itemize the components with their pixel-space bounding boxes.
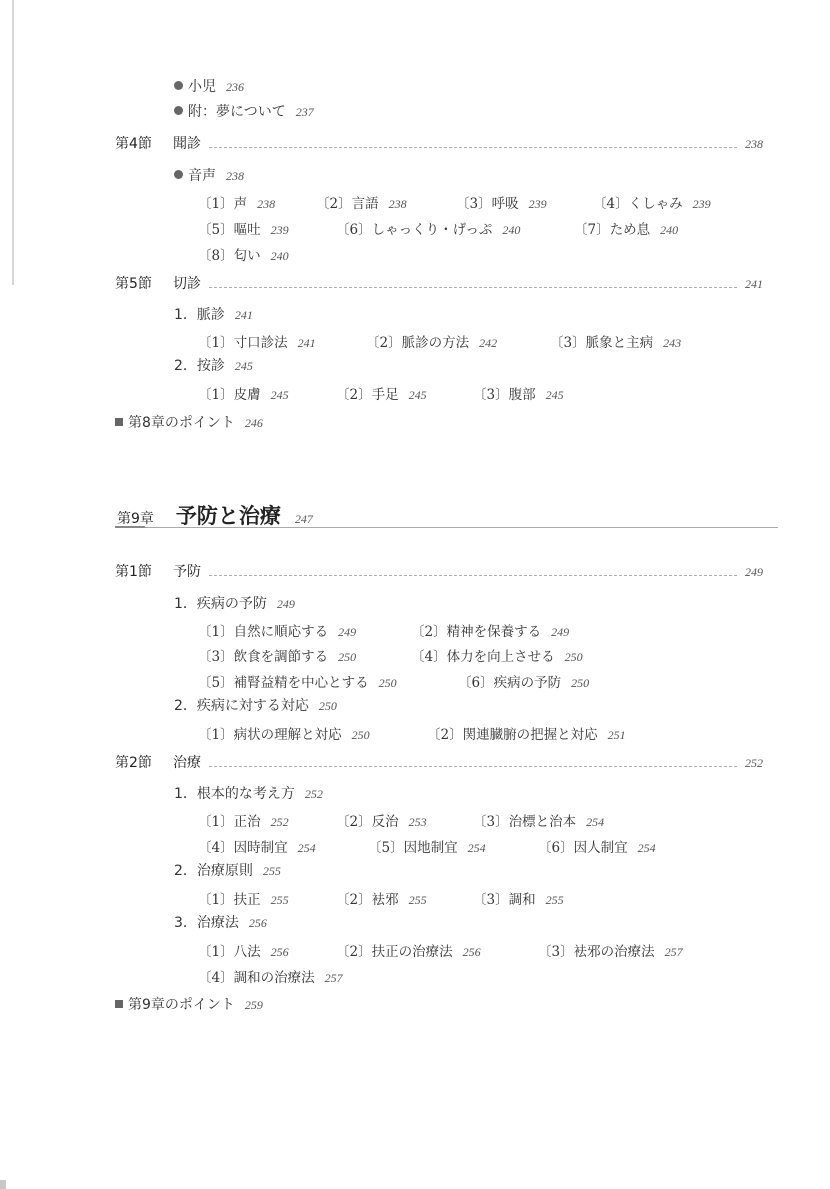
toc-item[interactable]: 〔4〕因時制宜254 (198, 836, 316, 856)
page-number: 250 (571, 676, 589, 690)
page-number: 238 (257, 197, 275, 211)
toc-item[interactable]: 〔6〕しゃっくり・げっぷ240 (336, 218, 520, 238)
page-number: 249 (338, 625, 356, 639)
entry-label: 〔5〕補腎益精を中心とする (198, 675, 369, 691)
entry-label: 〔1〕病状の理解と対応 (198, 727, 342, 743)
page-number: 246 (245, 416, 263, 430)
page-number: 245 (409, 388, 427, 402)
chapter-9-point[interactable]: 第9章のポイント259 (115, 996, 263, 1014)
toc-item[interactable]: 〔6〕疾病の予防250 (458, 671, 589, 691)
entry-label: 〔2〕精神を保養する (411, 624, 541, 640)
page-number: 249 (277, 597, 295, 611)
page-number: 254 (468, 841, 486, 855)
entry-label: 〔1〕寸口診法 (198, 335, 288, 351)
entry-label: 〔2〕袪邪 (336, 892, 399, 908)
entry-label: 〔4〕体力を向上させる (411, 649, 555, 665)
entry-label: 2．按診 (174, 358, 225, 374)
entry-label: 〔2〕手足 (336, 387, 399, 403)
toc-subsection[interactable]: 2．按診245 (174, 357, 253, 375)
page-number: 255 (263, 864, 281, 878)
section-title: 切診 (173, 275, 201, 293)
entry-label: 1．疾病の予防 (174, 596, 267, 612)
page-number: 247 (295, 512, 313, 526)
entry-label: 3．治療法 (174, 915, 239, 931)
page-number: 239 (693, 197, 711, 211)
entry-label: 〔3〕呼吸 (456, 196, 519, 212)
page-number: 253 (409, 815, 427, 829)
page-number: 239 (271, 223, 289, 237)
toc-item[interactable]: 〔5〕因地制宜254 (368, 836, 486, 856)
section-number: 第5節 (115, 275, 173, 293)
page-number: 238 (226, 169, 244, 183)
page-number: 256 (271, 945, 289, 959)
toc-subsection[interactable]: 2．疾病に対する対応250 (174, 697, 337, 715)
toc-item[interactable]: 〔7〕ため息240 (574, 218, 678, 238)
toc-item[interactable]: 〔2〕袪邪255 (336, 888, 427, 908)
toc-item[interactable]: 〔3〕呼吸239 (456, 192, 547, 212)
entry-label: 〔2〕関連臓腑の把握と対応 (427, 727, 598, 743)
section-5-heading[interactable]: 第5節 切診 241 (115, 275, 763, 293)
entry-label: 〔6〕因人制宜 (538, 840, 628, 856)
entry-label: 〔1〕扶正 (198, 892, 261, 908)
entry-label: 小児 (188, 79, 216, 95)
entry-label: 附：夢について (188, 104, 286, 120)
page-number: 238 (389, 197, 407, 211)
page-edge-line (12, 0, 14, 285)
toc-item[interactable]: 〔1〕皮膚245 (198, 383, 289, 403)
toc-item[interactable]: 〔1〕声238 (198, 192, 275, 212)
toc-item[interactable]: 〔1〕八法256 (198, 940, 289, 960)
toc-item[interactable]: 〔6〕因人制宜254 (538, 836, 656, 856)
page-edge-mark (0, 1180, 6, 1189)
toc-entry-dream[interactable]: 附：夢について237 (174, 103, 314, 121)
page-number: 257 (325, 971, 343, 985)
toc-subsection[interactable]: 1．脈診241 (174, 306, 253, 324)
page-number: 245 (546, 388, 564, 402)
entry-label: 2．治療原則 (174, 863, 253, 879)
section-number: 第1節 (115, 563, 173, 581)
toc-item[interactable]: 〔4〕調和の治療法257 (198, 966, 343, 986)
section-1-heading[interactable]: 第1節 予防 249 (115, 563, 763, 581)
toc-item[interactable]: 〔3〕袪邪の治療法257 (538, 940, 683, 960)
page-number: 243 (663, 336, 681, 350)
chapter-8-point[interactable]: 第8章のポイント246 (115, 414, 263, 432)
page-number: 250 (319, 699, 337, 713)
entry-label: 〔8〕匂い (198, 248, 261, 264)
page-number: 250 (379, 676, 397, 690)
section-number: 第4節 (115, 135, 173, 153)
square-bullet-icon (115, 1000, 123, 1008)
page-number: 238 (745, 135, 763, 153)
entry-label: 〔3〕脈象と主病 (550, 335, 653, 351)
square-bullet-icon (115, 418, 123, 426)
page-number: 250 (565, 650, 583, 664)
bullet-icon (174, 106, 183, 115)
page-number: 255 (409, 893, 427, 907)
toc-item[interactable]: 〔1〕扶正255 (198, 888, 289, 908)
section-title: 聞診 (173, 135, 201, 153)
toc-subsection[interactable]: 1．疾病の予防249 (174, 595, 295, 613)
entry-label: 〔5〕因地制宜 (368, 840, 458, 856)
entry-label: 2．疾病に対する対応 (174, 698, 309, 714)
entry-label: 〔6〕疾病の予防 (458, 675, 561, 691)
entry-label: 〔3〕飲食を調節する (198, 649, 328, 665)
toc-item[interactable]: 〔2〕言語238 (316, 192, 407, 212)
entry-label: 〔1〕自然に順応する (198, 624, 328, 640)
entry-label: 〔2〕言語 (316, 196, 379, 212)
entry-label: 〔3〕腹部 (473, 387, 536, 403)
page-number: 249 (551, 625, 569, 639)
entry-label: 〔1〕皮膚 (198, 387, 261, 403)
bullet-icon (174, 81, 183, 90)
dotted-leader (209, 754, 737, 767)
toc-item[interactable]: 〔1〕寸口診法241 (198, 331, 316, 351)
entry-label: 1．根本的な考え方 (174, 786, 295, 802)
entry-label: 〔2〕脈診の方法 (366, 335, 469, 351)
toc-item[interactable]: 〔2〕手足245 (336, 383, 427, 403)
section-title: 治療 (173, 754, 201, 772)
toc-item[interactable]: 〔8〕匂い240 (198, 244, 289, 264)
page-number: 241 (235, 308, 253, 322)
bullet-icon (174, 170, 183, 179)
toc-entry-voice[interactable]: 音声238 (174, 167, 244, 185)
toc-item[interactable]: 〔5〕嘔吐239 (198, 218, 289, 238)
section-2-heading[interactable]: 第2節 治療 252 (115, 754, 763, 772)
page-number: 257 (665, 945, 683, 959)
toc-item[interactable]: 〔5〕補腎益精を中心とする250 (198, 671, 397, 691)
entry-label: 〔4〕因時制宜 (198, 840, 288, 856)
page-number: 255 (271, 893, 289, 907)
dotted-leader (209, 275, 737, 288)
toc-entry-child[interactable]: 小児236 (174, 78, 244, 96)
page-number: 259 (245, 998, 263, 1012)
entry-label: 〔2〕反治 (336, 814, 399, 830)
toc-item[interactable]: 〔3〕治標と治本254 (473, 810, 604, 830)
entry-label: 〔6〕しゃっくり・げっぷ (336, 222, 492, 238)
entry-label: 〔3〕袪邪の治療法 (538, 944, 655, 960)
toc-item[interactable]: 〔3〕腹部245 (473, 383, 564, 403)
toc-item[interactable]: 〔1〕自然に順応する249 (198, 620, 356, 640)
toc-subsection[interactable]: 3．治療法256 (174, 914, 267, 932)
dotted-leader (209, 563, 737, 576)
page-number: 256 (463, 945, 481, 959)
page-number: 250 (338, 650, 356, 664)
entry-label: 〔4〕調和の治療法 (198, 970, 315, 986)
page-number: 240 (502, 223, 520, 237)
toc-item[interactable]: 〔2〕脈診の方法242 (366, 331, 497, 351)
page-number: 254 (298, 841, 316, 855)
page-number: 249 (745, 563, 763, 581)
entry-label: 〔1〕八法 (198, 944, 261, 960)
page-number: 252 (271, 815, 289, 829)
page-number: 252 (745, 754, 763, 772)
page-number: 240 (271, 249, 289, 263)
page-number: 245 (271, 388, 289, 402)
toc-item[interactable]: 〔2〕扶正の治療法256 (336, 940, 481, 960)
entry-label: 〔5〕嘔吐 (198, 222, 261, 238)
toc-item[interactable]: 〔1〕病状の理解と対応250 (198, 723, 370, 743)
entry-label: 〔1〕声 (198, 196, 247, 212)
page-number: 250 (352, 728, 370, 742)
chapter-title: 予防と治療 (176, 503, 281, 528)
page-number: 237 (296, 105, 314, 119)
entry-label: 〔7〕ため息 (574, 222, 650, 238)
entry-label: 〔3〕調和 (473, 892, 536, 908)
dotted-leader (209, 135, 737, 148)
toc-item[interactable]: 〔3〕調和255 (473, 888, 564, 908)
page-number: 255 (546, 893, 564, 907)
entry-label: 〔3〕治標と治本 (473, 814, 576, 830)
page-number: 239 (529, 197, 547, 211)
chapter-rule-accent (115, 526, 145, 528)
toc-item[interactable]: 〔2〕精神を保養する249 (411, 620, 569, 640)
entry-label: 第9章のポイント (128, 997, 235, 1013)
page-number: 236 (226, 80, 244, 94)
page-number: 252 (305, 787, 323, 801)
toc-item[interactable]: 〔2〕反治253 (336, 810, 427, 830)
section-number: 第2節 (115, 754, 173, 772)
toc-item[interactable]: 〔3〕脈象と主病243 (550, 331, 681, 351)
toc-item[interactable]: 〔4〕体力を向上させる250 (411, 645, 583, 665)
toc-item[interactable]: 〔1〕正治252 (198, 810, 289, 830)
page-number: 256 (249, 916, 267, 930)
entry-label: 〔2〕扶正の治療法 (336, 944, 453, 960)
toc-item[interactable]: 〔2〕関連臓腑の把握と対応251 (427, 723, 626, 743)
entry-label: 第8章のポイント (128, 415, 235, 431)
section-title: 予防 (173, 563, 201, 581)
section-4-heading[interactable]: 第4節 聞診 238 (115, 135, 763, 153)
entry-label: 〔4〕くしゃみ (593, 196, 683, 212)
page-number: 254 (638, 841, 656, 855)
toc-subsection[interactable]: 2．治療原則255 (174, 862, 281, 880)
toc-item[interactable]: 〔3〕飲食を調節する250 (198, 645, 356, 665)
page-number: 245 (235, 359, 253, 373)
chapter-rule (115, 527, 778, 528)
page-number: 254 (586, 815, 604, 829)
page-number: 242 (479, 336, 497, 350)
chapter-number: 第9章 (117, 511, 154, 527)
page-number: 251 (608, 728, 626, 742)
entry-label: 1．脈診 (174, 307, 225, 323)
page-number: 240 (660, 223, 678, 237)
entry-label: 〔1〕正治 (198, 814, 261, 830)
toc-subsection[interactable]: 1．根本的な考え方252 (174, 785, 323, 803)
toc-item[interactable]: 〔4〕くしゃみ239 (593, 192, 711, 212)
entry-label: 音声 (188, 168, 216, 184)
page-number: 241 (745, 275, 763, 293)
page-number: 241 (298, 336, 316, 350)
chapter-9-heading[interactable]: 第9章予防と治療247 (117, 500, 313, 530)
